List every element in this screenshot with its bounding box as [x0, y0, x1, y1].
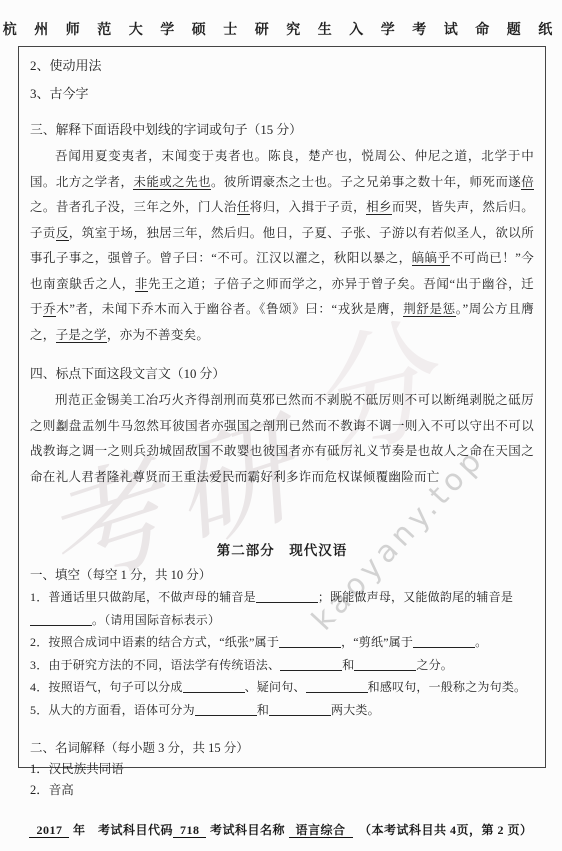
fill-item-2: 2．按照合成词中语素的结合方式，“纸张”属于，“剪纸”属于。 — [30, 631, 534, 654]
text-run: 年 考试科目代码 — [69, 823, 173, 837]
text-run: ；既能做声母，又能做韵尾的辅音是 — [318, 590, 513, 604]
underlined-text: 2017 — [29, 823, 69, 838]
underlined-text: 相乡 — [366, 200, 392, 215]
answer-blank — [413, 646, 475, 648]
underlined-text: 子是之学 — [56, 328, 107, 343]
text-run: （本考试科目共 4页，第 2 页） — [353, 823, 533, 837]
part-2-title: 第二部分 现代汉语 — [30, 539, 534, 559]
answer-blank — [269, 714, 331, 716]
text-run: 之分。 — [416, 658, 453, 672]
answer-blank — [279, 646, 341, 648]
terms-section-heading: 二、名词解释（每小题 3 分，共 15 分） — [30, 737, 534, 759]
text-run: ，亦为不善变矣。 — [107, 328, 209, 342]
section-3-heading: 三、解释下面语段中划线的字词或句子（15 分） — [30, 119, 534, 141]
text-run: 2．按照合成词中语素的结合方式，“纸张”属于 — [30, 635, 279, 649]
text-run: 3．由于研究方法的不同，语法学有传统语法、 — [30, 658, 280, 672]
text-run: 。 — [475, 635, 487, 649]
underlined-text: 语言综合 — [289, 823, 353, 838]
answer-blank — [256, 601, 318, 603]
underlined-text: 任 — [237, 200, 250, 215]
text-run: 5．从大的方面看，语体可分为 — [30, 703, 195, 717]
answer-blank — [183, 691, 245, 693]
text-run: 和感叹句，一般称之为句类。 — [368, 680, 527, 694]
text-run: 、疑问句、 — [245, 680, 306, 694]
underlined-text: 非 — [135, 277, 148, 292]
text-run: 4．按照语气，句子可以分成 — [30, 680, 183, 694]
page-title: 杭 州 师 范 大 学 硕 士 研 究 生 入 学 考 试 命 题 纸 — [0, 19, 562, 39]
exam-sheet-frame: 2、使动用法 3、古今字 三、解释下面语段中划线的字词或句子（15 分） 吾闻用… — [18, 46, 546, 768]
fill-item-3: 3．由于研究方法的不同，语法学有传统语法、和之分。 — [30, 654, 534, 677]
review-item-2: 2、使动用法 — [30, 52, 534, 80]
underlined-text: 反 — [56, 226, 69, 241]
fill-item-1: 1．普通话里只做韵尾，不做声母的辅音是；既能做声母，又能做韵尾的辅音是。（请用国… — [30, 586, 534, 631]
underlined-text: 乔 — [43, 302, 56, 317]
answer-blank — [354, 669, 416, 671]
underlined-text: 荆舒是惩 — [403, 302, 455, 317]
review-item-3: 3、古今字 — [30, 80, 534, 108]
text-run: 之。昔者孔子没，三年之外，门人治 — [30, 200, 237, 214]
text-run: 两大类。 — [331, 703, 380, 717]
text-run: 和 — [342, 658, 354, 672]
text-run: 。（请用国际音标表示） — [92, 613, 220, 627]
text-run: ，“剪纸”属于 — [341, 635, 413, 649]
text-run: 。彼所谓豪杰之士也。子之兄弟事之数十年，师死而遂 — [211, 175, 521, 189]
answer-blank — [280, 669, 342, 671]
section-4-heading: 四、标点下面这段文言文（10 分） — [30, 363, 534, 385]
term-item-2: 2．音高 — [30, 780, 534, 801]
text-run: 和 — [257, 703, 269, 717]
classical-passage-with-underlines: 吾闻用夏变夷者，末闻变于夷者也。陈良，楚产也，悦周公、仲尼之道，北学于中国。北方… — [30, 144, 534, 348]
text-run: 木”者，未闻下乔木而入于幽谷者。《鲁颂》曰：“戎狄是膺， — [56, 302, 403, 316]
text-run: 考试科目名称 — [206, 823, 288, 837]
fill-in-section-heading: 一、填空（每空 1 分，共 10 分） — [30, 564, 534, 586]
fill-item-5: 5．从大的方面看，语体可分为和两大类。 — [30, 699, 534, 722]
exam-paper-page: 考研 分 kaoyany.top 杭 州 师 范 大 学 硕 士 研 究 生 入… — [0, 0, 562, 851]
page-footer: 2017 年 考试科目代码718 考试科目名称 语言综合 （本考试科目共 4页，… — [0, 821, 562, 838]
punctuation-exercise-passage: 刑范正金锡美工冶巧火齐得剖刑而莫邪已然而不剥脱不砥厉则不可以断绳剥脱之砥厉之则劙… — [30, 388, 534, 490]
answer-blank — [306, 691, 368, 693]
underlined-text: 倍 — [521, 175, 534, 190]
answer-blank — [30, 624, 92, 626]
text-run: 将归，入揖于子贡， — [250, 200, 366, 214]
fill-item-4: 4．按照语气，句子可以分成、疑问句、和感叹句，一般称之为句类。 — [30, 676, 534, 699]
underlined-text: 718 — [173, 823, 207, 838]
answer-blank — [195, 714, 257, 716]
underlined-text: 皜皜乎 — [412, 251, 451, 266]
text-run: 1．普通话里只做韵尾，不做声母的辅音是 — [30, 590, 256, 604]
underlined-text: 未能或之先也 — [133, 175, 211, 190]
term-item-1: 1．汉民族共同语 — [30, 759, 534, 780]
